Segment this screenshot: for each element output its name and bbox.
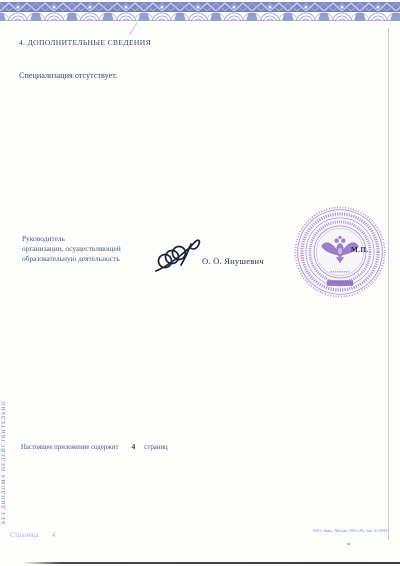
pages-statement-suffix: страниц — [144, 444, 167, 451]
section-heading: 4. ДОПОЛНИТЕЛЬНЫЕ СВЕДЕНИЯ — [19, 38, 151, 47]
signature-scribble — [154, 234, 210, 274]
footer-page-number: 4 — [52, 531, 56, 539]
signer-role-line1: Руководитель — [22, 234, 121, 244]
edge-warning-text: БЕЗ ДИПЛОМА НЕДЕЙСТВИТЕЛЬНО — [1, 406, 16, 524]
scan-scratch-artifact — [129, 22, 138, 35]
signer-role-line3: образовательную деятельность — [22, 254, 121, 264]
official-seal — [293, 205, 387, 299]
signer-role-line2: организации, осуществляющей — [22, 244, 121, 254]
signer-role-block: Руководитель организации, осуществляющей… — [22, 234, 121, 264]
printer-imprint: ООО «Знак», Москва, 2019, «В», зак. № 19… — [312, 529, 388, 533]
pages-statement: Настоящее приложение содержит4страниц — [21, 442, 168, 451]
scan-speck-artifact — [347, 543, 350, 545]
pages-statement-prefix: Настоящее приложение содержит — [21, 444, 119, 451]
footer-page-label: Страница — [10, 531, 39, 539]
diploma-supplement-page: 4. ДОПОЛНИТЕЛЬНЫЕ СВЕДЕНИЯ Специализация… — [0, 0, 400, 566]
page-bottom-edge — [22, 562, 400, 564]
pages-count: 4 — [132, 442, 136, 451]
printer-imprint-wrap: ООО «Знак», Москва, 2019, «В», зак. № 19… — [258, 529, 388, 536]
guilloche-border-pattern — [0, 2, 400, 21]
signer-name: О. О. Янушевич — [202, 256, 264, 266]
footer-page: Страница 4 — [10, 531, 55, 539]
specialization-note: Специализация отсутствует. — [19, 71, 117, 80]
page-edge-line — [388, 28, 389, 540]
